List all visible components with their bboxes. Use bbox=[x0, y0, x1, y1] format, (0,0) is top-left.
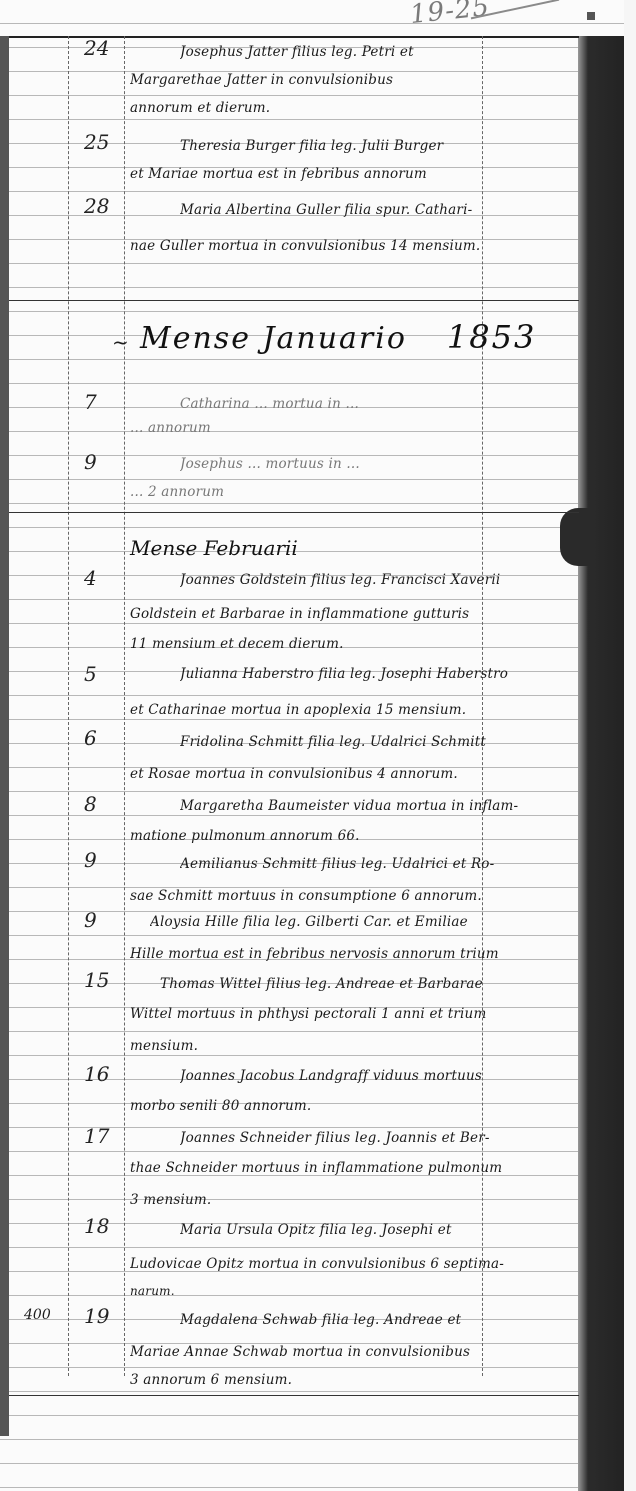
entry-line: Joannes Jacobus Landgraff viduus mortuus bbox=[180, 1068, 578, 1084]
entry-line: narum. bbox=[130, 1284, 578, 1298]
entry-line: Goldstein et Barbarae in inflammatione g… bbox=[130, 606, 578, 622]
margin-running-count: 400 bbox=[24, 1307, 51, 1323]
entry-line: Magdalena Schwab filia leg. Andreae et bbox=[180, 1312, 578, 1328]
page-tab-notch bbox=[560, 508, 590, 566]
entry-line: Ludovicae Opitz mortua in convulsionibus… bbox=[130, 1256, 578, 1272]
entry-line: ... 2 annorum bbox=[130, 484, 578, 500]
entry-line: Wittel mortuus in phthysi pectorali 1 an… bbox=[130, 1006, 578, 1022]
section-rule bbox=[9, 1395, 579, 1396]
entry-day: 7 bbox=[84, 390, 124, 414]
entry-day: 5 bbox=[84, 662, 124, 686]
entry-day: 17 bbox=[84, 1124, 124, 1148]
month-heading-february: Mense Februarii bbox=[130, 536, 298, 560]
month-heading-january: Mense Januario1853 bbox=[140, 318, 536, 356]
entry-day: 25 bbox=[84, 130, 124, 154]
month-title: Mense Januario bbox=[140, 321, 407, 356]
entry-line: Maria Ursula Opitz filia leg. Josephi et bbox=[180, 1222, 578, 1238]
year-label: 1853 bbox=[447, 318, 536, 356]
entry-day: 9 bbox=[84, 450, 124, 474]
entry-line: Josephus Jatter filius leg. Petri et bbox=[180, 44, 578, 60]
entry-line: matione pulmonum annorum 66. bbox=[130, 828, 578, 844]
entry-line: Joannes Schneider filius leg. Joannis et… bbox=[180, 1130, 578, 1146]
entry-line: 3 mensium. bbox=[130, 1192, 578, 1208]
heading-mark: ~ bbox=[112, 330, 129, 354]
entry-line: thae Schneider mortuus in inflammatione … bbox=[130, 1160, 578, 1176]
entry-day: 6 bbox=[84, 726, 124, 750]
entry-line: Julianna Haberstro filia leg. Josephi Ha… bbox=[180, 666, 578, 682]
entry-day: 24 bbox=[84, 36, 124, 60]
entry-day: 19 bbox=[84, 1304, 124, 1328]
entry-day: 9 bbox=[84, 848, 124, 872]
corner-mark-icon bbox=[587, 12, 595, 20]
entry-line: nae Guller mortua in convulsionibus 14 m… bbox=[130, 238, 578, 254]
entry-line: Margaretha Baumeister vidua mortua in in… bbox=[180, 798, 578, 814]
entry-line: Fridolina Schmitt filia leg. Udalrici Sc… bbox=[180, 734, 578, 750]
entry-line: Hille mortua est in febribus nervosis an… bbox=[130, 946, 578, 962]
entry-day: 9 bbox=[84, 908, 124, 932]
entry-line: Theresia Burger filia leg. Julii Burger bbox=[180, 138, 578, 154]
entry-line: Mariae Annae Schwab mortua in convulsion… bbox=[130, 1344, 578, 1360]
entry-line: sae Schmitt mortuus in consumptione 6 an… bbox=[130, 888, 578, 904]
entry-line: morbo senili 80 annorum. bbox=[130, 1098, 578, 1114]
entry-line: et Mariae mortua est in febribus annorum bbox=[130, 166, 578, 182]
entry-day: 28 bbox=[84, 194, 124, 218]
entry-line: mensium. bbox=[130, 1038, 578, 1054]
entry-line: Aloysia Hille filia leg. Gilberti Car. e… bbox=[150, 914, 548, 930]
entry-line: Thomas Wittel filius leg. Andreae et Bar… bbox=[160, 976, 558, 992]
entry-day: 15 bbox=[84, 968, 124, 992]
entry-line: Josephus ... mortuus in ... bbox=[180, 456, 578, 472]
entry-day: 16 bbox=[84, 1062, 124, 1086]
entry-line: Maria Albertina Guller filia spur. Catha… bbox=[180, 202, 578, 218]
entry-line: et Rosae mortua in convulsionibus 4 anno… bbox=[130, 766, 578, 782]
column-rule bbox=[124, 36, 126, 1376]
scan-margin bbox=[624, 0, 636, 1491]
scan-shadow-right bbox=[578, 36, 624, 1491]
entry-line: 11 mensium et decem dierum. bbox=[130, 636, 578, 652]
entry-day: 8 bbox=[84, 792, 124, 816]
section-rule bbox=[9, 300, 579, 301]
entry-day: 4 bbox=[84, 566, 124, 590]
column-rule bbox=[68, 36, 70, 1376]
entry-line: 3 annorum 6 mensium. bbox=[130, 1372, 578, 1388]
entry-line: ... annorum bbox=[130, 420, 578, 436]
page-binding-edge bbox=[0, 36, 9, 1436]
entry-line: Margarethae Jatter in convulsionibus bbox=[130, 72, 578, 88]
entry-line: Aemilianus Schmitt filius leg. Udalrici … bbox=[180, 856, 578, 872]
register-page: 19-25 24 Josephus Jatter filius leg. Pet… bbox=[0, 0, 636, 1491]
entry-line: annorum et dierum. bbox=[130, 100, 578, 116]
section-rule bbox=[9, 512, 579, 513]
entry-day: 18 bbox=[84, 1214, 124, 1238]
entry-line: Catharina ... mortua in ... bbox=[180, 396, 578, 412]
entry-line: et Catharinae mortua in apoplexia 15 men… bbox=[130, 702, 578, 718]
entry-line: Joannes Goldstein filius leg. Francisci … bbox=[180, 572, 578, 588]
